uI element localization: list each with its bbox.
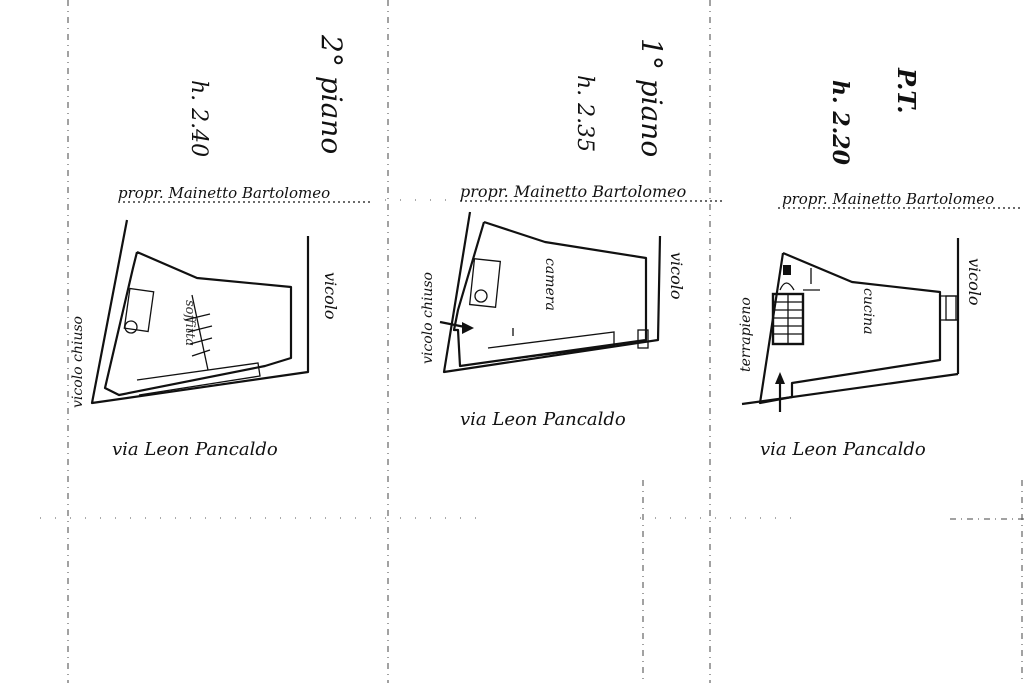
room-label: camera <box>542 258 558 311</box>
owner-label: propr. Mainetto Bartolomeo <box>782 190 994 208</box>
door-jamb <box>946 296 956 320</box>
floor-label: P.T. <box>892 67 921 114</box>
panel-first-floor: 1° piano h. 2.35 propr. Mainetto Bartolo… <box>420 38 724 430</box>
arch-symbol <box>780 283 794 290</box>
right-street-label: vicolo <box>667 252 686 300</box>
floor-label: 2° piano <box>315 34 348 154</box>
height-label: h. 2.35 <box>572 75 597 152</box>
stove-symbol <box>475 290 487 302</box>
height-label: h. 2.40 <box>186 80 211 157</box>
bottom-street-label: via Leon Pancaldo <box>112 439 278 460</box>
bottom-street-label: via Leon Pancaldo <box>760 439 926 460</box>
staircase <box>773 294 803 344</box>
right-street-label: vicolo <box>965 258 984 306</box>
bottom-street-label: via Leon Pancaldo <box>460 409 626 430</box>
floor-plan-drawing: 2° piano h. 2.40 propr. Mainetto Bartolo… <box>0 0 1024 683</box>
left-street-label: vicolo chiuso <box>70 316 86 408</box>
owner-label: propr. Mainetto Bartolomeo <box>460 182 686 201</box>
arrow-head-icon <box>462 322 474 334</box>
height-label: h. 2.20 <box>827 80 853 166</box>
owner-label: propr. Mainetto Bartolomeo <box>118 184 330 202</box>
room-label: cucina <box>860 288 876 335</box>
floor-label: 1° piano <box>635 38 668 157</box>
stairwell <box>124 289 153 332</box>
panel-second-floor: 2° piano h. 2.40 propr. Mainetto Bartolo… <box>70 34 372 460</box>
left-street-label: vicolo chiuso <box>420 272 436 364</box>
stove-symbol <box>125 321 137 333</box>
panel-ground-floor: P.T. h. 2.20 propr. Mainetto Bartolomeo … <box>738 67 1020 460</box>
left-street-label: terrapieno <box>738 297 754 372</box>
street-outline <box>92 220 308 403</box>
arrow-head-icon <box>775 372 785 384</box>
right-street-label: vicolo <box>321 272 340 320</box>
chimney-symbol <box>783 265 791 275</box>
room-label: soffitta <box>182 300 197 346</box>
